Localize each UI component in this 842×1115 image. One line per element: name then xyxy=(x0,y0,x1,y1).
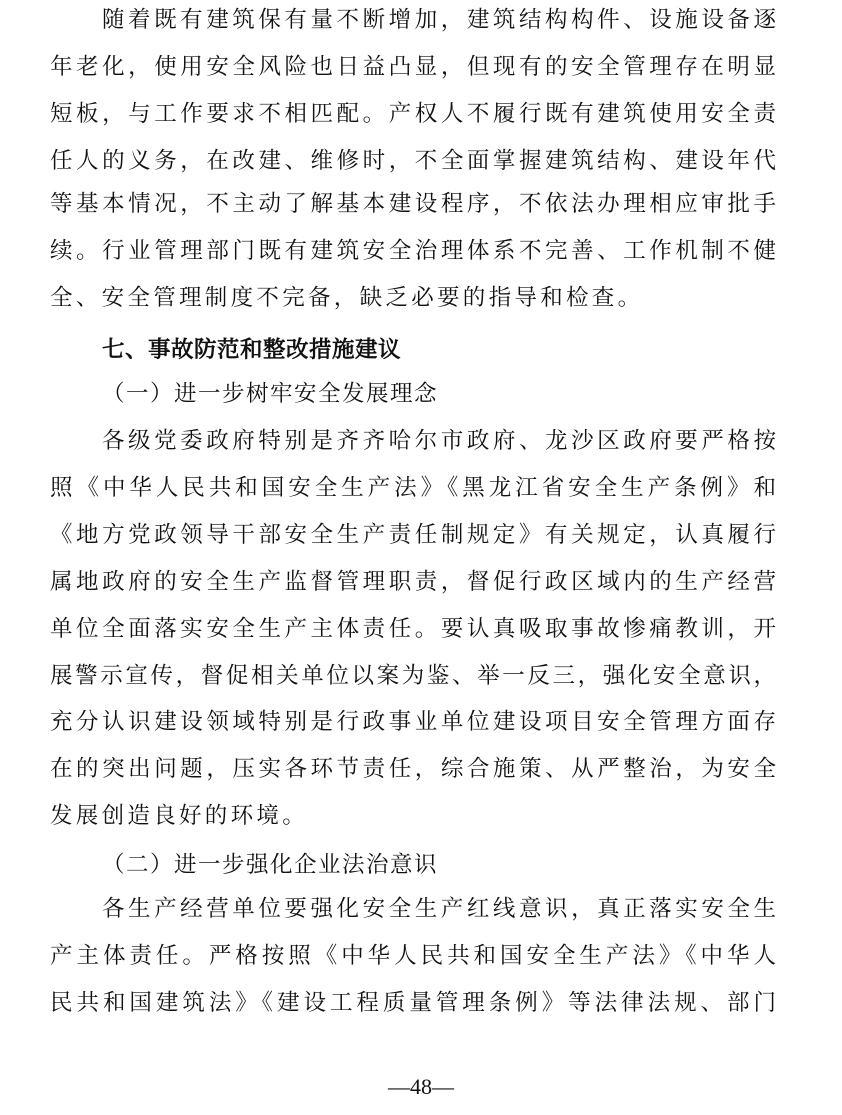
paragraph-line: 年老化，使用安全风险也日益凸显，但现有的安全管理存在明显 xyxy=(50,52,776,82)
paragraph-line: 全、安全管理制度不完备，缺乏必要的指导和检查。 xyxy=(50,283,776,313)
paragraph-line: 属地政府的安全生产监督管理职责，督促行政区域内的生产经营 xyxy=(50,567,776,597)
paragraph-line: 发展创造良好的环境。 xyxy=(50,801,776,831)
page-number: —48— xyxy=(0,1074,842,1100)
paragraph-line: 短板，与工作要求不相匹配。产权人不履行既有建筑使用安全责 xyxy=(50,99,776,129)
paragraph-line: 续。行业管理部门既有建筑安全治理体系不完善、工作机制不健 xyxy=(50,236,776,266)
paragraph-line: 随着既有建筑保有量不断增加，建筑结构构件、设施设备逐 xyxy=(102,5,776,35)
section-heading: 七、事故防范和整改措施建议 xyxy=(102,335,401,365)
paragraph-line: 各级党委政府特别是齐齐哈尔市政府、龙沙区政府要严格按 xyxy=(102,426,776,456)
paragraph-line: 单位全面落实安全生产主体责任。要认真吸取事故惨痛教训，开 xyxy=(50,614,776,644)
paragraph-line: 展警示宣传，督促相关单位以案为鉴、举一反三，强化安全意识， xyxy=(50,661,776,691)
paragraph-line: 照《中华人民共和国安全生产法》《黑龙江省安全生产条例》和 xyxy=(50,473,776,503)
paragraph-line: 各生产经营单位要强化安全生产红线意识，真正落实安全生 xyxy=(102,894,776,924)
paragraph-line: 民共和国建筑法》《建设工程质量管理条例》等法律法规、部门 xyxy=(50,988,776,1018)
subsection-title: （一）进一步树牢安全发展理念 xyxy=(102,379,438,409)
paragraph-line: 充分认识建设领域特别是行政事业单位建设项目安全管理方面存 xyxy=(50,707,776,737)
paragraph-line: 《地方党政领导干部安全生产责任制规定》有关规定，认真履行 xyxy=(50,520,776,550)
subsection-title: （二）进一步强化企业法治意识 xyxy=(102,850,438,880)
paragraph-line: 产主体责任。严格按照《中华人民共和国安全生产法》《中华人 xyxy=(50,941,776,971)
paragraph-line: 等基本情况，不主动了解基本建设程序，不依法办理相应审批手 xyxy=(50,189,776,219)
paragraph-line: 任人的义务，在改建、维修时，不全面掌握建筑结构、建设年代 xyxy=(50,146,776,176)
paragraph-line: 在的突出问题，压实各环节责任，综合施策、从严整治，为安全 xyxy=(50,754,776,784)
document-page: 随着既有建筑保有量不断增加，建筑结构构件、设施设备逐 年老化，使用安全风险也日益… xyxy=(0,0,842,1115)
